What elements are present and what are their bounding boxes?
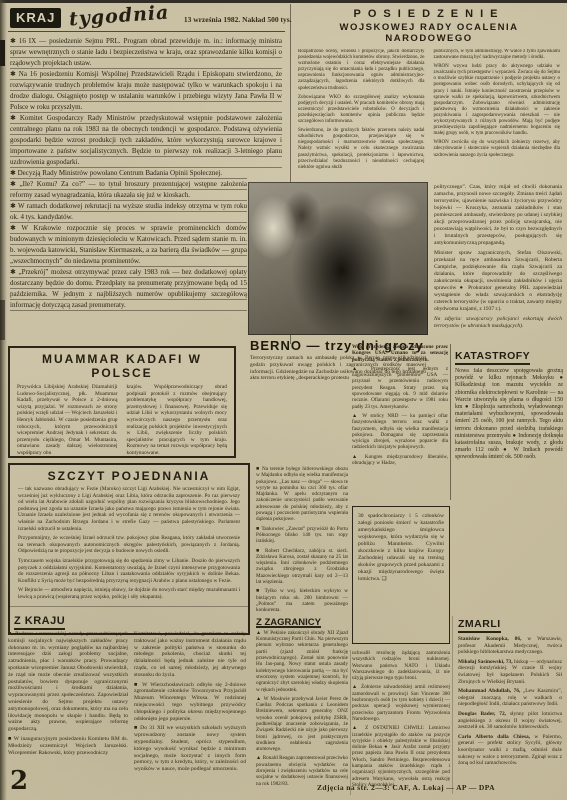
berno-photo (248, 182, 428, 335)
news-brief: ■ Tylko w woj. kieleckim wykryto w bieżą… (256, 588, 348, 613)
news-brief: Weto prezydenta zostało odrzucone przez … (352, 344, 448, 363)
news-brief: ■ Robert Chechłacz, zabójca st. sierż. Z… (256, 548, 348, 586)
masthead-logo: KRAJ (10, 8, 61, 28)
obituary-entry: Carlo Alberto dalla Chiesa, w Palermo, g… (458, 734, 562, 767)
news-brief: ■ Tankowiec „Zawrat” przywiózł do Portu … (256, 526, 348, 545)
section-rule (8, 606, 248, 607)
newspaper-page: KRAJ tygodnia 13 września 1982. Nakład 5… (0, 0, 567, 800)
szczyt-paragraph: Tymczasem wojska izraelskie przygotowują… (18, 558, 240, 584)
news-brief: ▲ W stolicy NRD — ku pamięci ofiar faszy… (352, 413, 448, 451)
news-brief: ■ W inauguracyjnym posiedzeniu Komitetu … (8, 736, 128, 756)
wron-paragraph: WRON wzywa ludzi pracy do aktywnego udzi… (434, 64, 561, 137)
news-item: ✱ W Krakowie rozpocznie się proces w spr… (10, 223, 247, 267)
middle-brief-column: ■ Na terenie byłego hitlerowskiego obozu… (256, 466, 348, 796)
zmarli-title: ZMARLI (458, 618, 501, 633)
szczyt-body: — tak nazwano obradujący w Fezie (Maroko… (18, 486, 240, 624)
masthead-rule (8, 31, 285, 32)
obituary-entry: Mohammad Abdullah, 76, „Lew Kaszmiru”, o… (458, 688, 562, 708)
wron-paragraph: publicznych, w tym administrację. W walc… (434, 49, 561, 61)
berno-photo-caption: Na zdjęciu: szwajcarscy policjanci eskor… (434, 316, 562, 330)
wron-section: POSIEDZENIE WOJSKOWEJ RADY OCALENIA NARO… (298, 8, 560, 197)
kadafi-column-2: krajów. Współprzewodniczący obrad podpis… (127, 384, 228, 468)
news-brief: ▲ Żołnierze salwadorskiej armii reżimowe… (352, 684, 450, 722)
katastrofy-section: KATASTROFY Nowa fala deszczów spotęgował… (455, 346, 563, 503)
wron-paragraph: Stwierdzono, że do groźnych faktów przer… (298, 128, 425, 171)
news-item: ✱ W ramach dodatkowej rekrutacji na wyżs… (10, 201, 247, 223)
news-brief: ■ Do 31 XII we wszystkich szkołach wyższ… (134, 725, 246, 773)
zagranicy-title: Z ZAGRANICY (256, 620, 321, 628)
page-number: 2 (10, 766, 28, 796)
news-item: ✱ Na 16 posiedzeniu Komisji Wspólnej Prz… (10, 69, 282, 113)
wron-title-line2: WOJSKOWEJ RADY OCALENIA NARODOWEGO (298, 22, 560, 44)
news-brief: ■ W Wierzchosławicach odbyło się 2-dniow… (134, 682, 246, 723)
news-brief: ■ Na terenie byłego hitlerowskiego obozu… (256, 466, 348, 523)
wron-paragraph: Zobowiązano WKO do szczegółowej analizy … (298, 95, 425, 125)
news-brief: ▲ Z OSTATNIEJ CHWILI: Lotnictwo izraelsk… (352, 725, 450, 788)
obituary-name: Stanisław Konopka, 86, (458, 636, 521, 642)
news-item: ✱ „Przekrój” możesz otrzymywać przez cał… (10, 267, 247, 311)
obituary-entry: Mikołaj Sasinowski, 73, biskup — ordynar… (458, 659, 562, 685)
news-brief: ■ Podczas warszawskiej narady przewodnic… (8, 631, 128, 733)
week-news-list: ✱ 16 IX — posiedzenie Sejmu PRL. Program… (10, 36, 282, 346)
news-item: ✱ „Ile? Komu? Za co?” — to tytuł broszur… (10, 179, 247, 201)
szczyt-paragraph: Przypomnijmy, że wcześniej Izrael odrzuc… (18, 535, 240, 555)
wron-column-2: publicznych, w tym administrację. W walc… (434, 49, 561, 197)
kadafi-column-1: Przywódca Libijskiej Arabskiej Dżamahiri… (17, 384, 118, 468)
obituary-name: Douglas Bader, 72, (458, 711, 506, 717)
szczyt-paragraph: W Bejrucie — atmosfera napięcia, istniej… (18, 587, 240, 600)
column-rule (452, 616, 453, 794)
kadafi-title: MUAMMAR KADAFI W POLSCE (17, 352, 227, 380)
szczyt-paragraph: — tak nazwano obradujący w Fezie (Maroko… (18, 486, 240, 532)
wron-paragraph: Rozpatrzono oceny, wnioski i propozycje,… (298, 49, 425, 92)
zkraju-section-title: Z KRAJU (14, 611, 65, 630)
szczyt-section: SZCZYT POJEDNANIA — tak nazwano obradują… (8, 463, 250, 635)
obituary-name: Carlo Alberto dalla Chiesa, (458, 734, 530, 740)
news-brief: Komitetowi, powiedział, że gremium to na… (134, 631, 246, 679)
katastrofy-title: KATASTROFY (455, 350, 530, 365)
bottom-mid-column: uchwalił rezolucję żądającą zamrożenia w… (352, 650, 450, 795)
zmarli-section: ZMARLI Stanisław Konopka, 86, w Warszawi… (458, 614, 562, 800)
kadafi-section: MUAMMAR KADAFI W POLSCE Przywódca Libijs… (8, 346, 236, 458)
scan-left-edge (0, 0, 7, 800)
zkraju-column-2: Komitetowi, powiedział, że gremium to na… (134, 631, 246, 795)
zkraju-title: Z KRAJU (14, 615, 65, 630)
mannheim-text: 30 spadochroniarzy i 5 członków załogi p… (358, 513, 444, 583)
scan-mark (0, 40, 5, 66)
news-brief: uchwalił rezolucję żądającą zamrożenia w… (352, 650, 450, 681)
scan-mark (0, 300, 5, 340)
column-rule (350, 650, 351, 795)
obituary-name: Mohammad Abdullah, 76, (458, 688, 520, 694)
masthead-dateline: 13 września 1982. Nakład 500 tys. (184, 15, 292, 24)
obituary-name: Mikołaj Sasinowski, 73, (458, 659, 513, 665)
news-item: ✱ Decyzją Rady Ministrów powołano Centru… (10, 168, 247, 179)
obituary-entry: Douglas Bader, 72, słynny pilot lotnictw… (458, 711, 562, 731)
wron-title-line1: POSIEDZENIE (298, 8, 560, 20)
masthead: KRAJ tygodnia 13 września 1982. Nakład 5… (10, 5, 285, 30)
wron-paragraph: WRON zwróciła się do wszystkich żołnierz… (434, 140, 561, 158)
news-brief: ▲ W Moskwie przebywał Javier Perez de Cu… (256, 696, 348, 753)
scan-top-edge (0, 0, 567, 3)
berno-paragraph: Minister spraw zagranicznych, Stefan Ols… (434, 250, 562, 313)
berno-paragraph: politycznego”. Czas, który mijał od chwi… (434, 184, 562, 247)
news-item: ✱ Komitet Gospodarczy Rady Ministrów prz… (10, 113, 282, 168)
zmarli-list: Stanisław Konopka, 86, w Warszawie, prof… (458, 636, 562, 800)
news-brief: ▲ Kongres międzynarodowy liberałów, obra… (352, 454, 448, 467)
news-brief: ▲ W Pekinie zakończył obrady XII Zjazd K… (256, 630, 348, 693)
footer-caption: Zdjęcia na str. 2—3: CAF, A. Lokaj — AP … (250, 783, 562, 792)
szczyt-title: SZCZYT POJEDNANIA (18, 469, 240, 483)
news-brief: ▲ Przestępczość jest jednym z najpoważni… (352, 366, 448, 410)
news-item: ✱ 16 IX — posiedzenie Sejmu PRL. Program… (10, 36, 282, 69)
mannheim-box: 30 spadochroniarzy i 5 członków załogi p… (352, 506, 450, 644)
katastrofy-text: Nowa fala deszczów spotęgowała groźną po… (455, 368, 563, 503)
masthead-script-title: tygodnia (69, 2, 171, 31)
weto-column: Weto prezydenta zostało odrzucone przez … (352, 344, 448, 502)
obituary-entry: Stanisław Konopka, 86, w Warszawie, prof… (458, 636, 562, 656)
wron-column-1: Rozpatrzono oceny, wnioski i propozycje,… (298, 49, 425, 197)
column-rule (450, 344, 451, 500)
